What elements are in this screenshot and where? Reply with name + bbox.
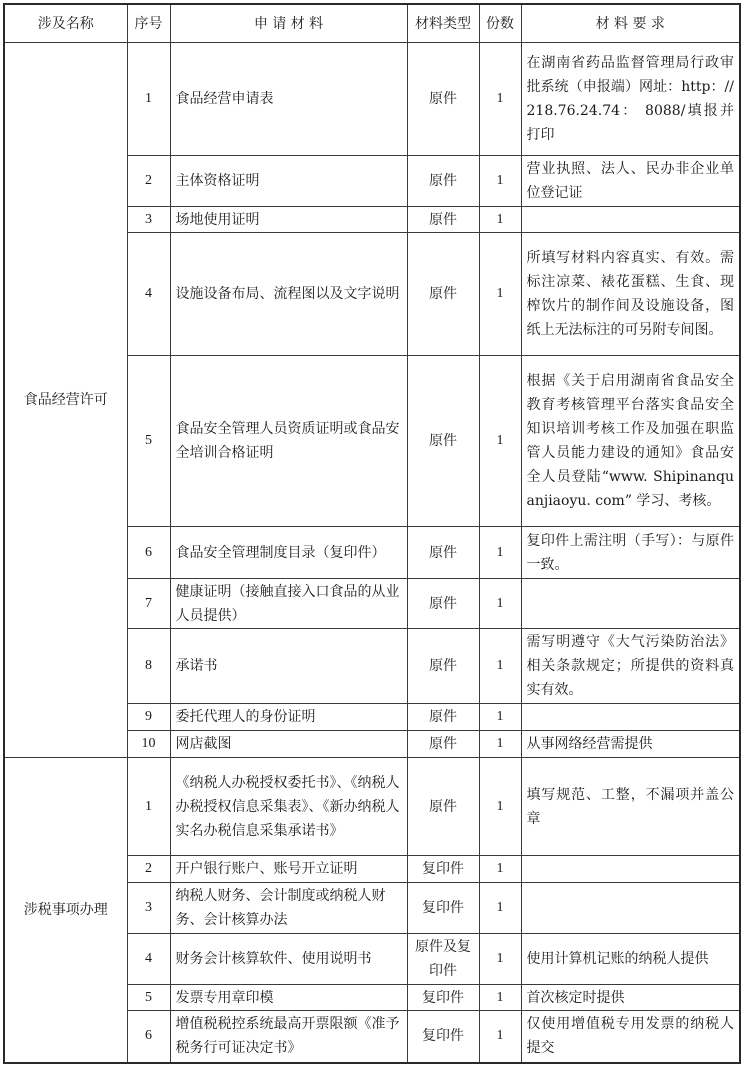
seq-cell: 1 [127, 43, 170, 156]
copies-cell: 1 [479, 704, 521, 731]
type-cell: 原件 [407, 356, 479, 527]
copies-cell: 1 [479, 579, 521, 629]
material-cell: 设施设备布局、流程图以及文字说明 [170, 233, 407, 356]
seq-cell: 1 [127, 758, 170, 856]
seq-cell: 8 [127, 629, 170, 704]
header-category: 涉及名称 [4, 4, 127, 43]
copies-cell: 1 [479, 527, 521, 579]
type-cell: 复印件 [407, 985, 479, 1011]
seq-cell: 2 [127, 856, 170, 883]
requirement-cell [521, 207, 740, 233]
type-cell: 复印件 [407, 856, 479, 883]
header-requirement: 材 料 要 求 [521, 4, 740, 43]
seq-cell: 7 [127, 579, 170, 629]
material-cell: 增值税税控系统最高开票限额《准予税务行可证决定书》 [170, 1011, 407, 1063]
material-cell: 主体资格证明 [170, 156, 407, 207]
header-type: 材料类型 [407, 4, 479, 43]
table-row: 食品经营许可1食品经营申请表原件1在湖南省药品监督管理局行政审批系统（申报端）网… [4, 43, 740, 156]
requirement-cell: 仅使用增值税专用发票的纳税人提交 [521, 1011, 740, 1063]
type-cell: 复印件 [407, 1011, 479, 1063]
copies-cell: 1 [479, 356, 521, 527]
requirement-cell: 使用计算机记账的纳税人提供 [521, 934, 740, 985]
section-name: 涉税事项办理 [4, 758, 127, 1063]
copies-cell: 1 [479, 1011, 521, 1063]
copies-cell: 1 [479, 985, 521, 1011]
requirement-cell: 复印件上需注明（手写）：与原件一致。 [521, 527, 740, 579]
requirement-cell [521, 856, 740, 883]
copies-cell: 1 [479, 883, 521, 934]
seq-cell: 10 [127, 731, 170, 758]
copies-cell: 1 [479, 731, 521, 758]
material-cell: 纳税人财务、会计制度或纳税人财务、会计核算办法 [170, 883, 407, 934]
material-cell: 委托代理人的身份证明 [170, 704, 407, 731]
type-cell: 原件 [407, 207, 479, 233]
type-cell: 原件 [407, 233, 479, 356]
copies-cell: 1 [479, 43, 521, 156]
type-cell: 原件 [407, 629, 479, 704]
type-cell: 原件及复印件 [407, 934, 479, 985]
seq-cell: 4 [127, 233, 170, 356]
type-cell: 原件 [407, 579, 479, 629]
seq-cell: 5 [127, 356, 170, 527]
material-cell: 财务会计核算软件、使用说明书 [170, 934, 407, 985]
header-row: 涉及名称 序号 申 请 材 料 材料类型 份数 材 料 要 求 [4, 4, 740, 43]
material-cell: 健康证明（接触直接入口食品的从业人员提供） [170, 579, 407, 629]
requirement-cell [521, 579, 740, 629]
requirement-cell [521, 704, 740, 731]
requirement-cell: 首次核定时提供 [521, 985, 740, 1011]
materials-table: 涉及名称 序号 申 请 材 料 材料类型 份数 材 料 要 求 食品经营许可1食… [3, 3, 741, 1064]
seq-cell: 3 [127, 883, 170, 934]
material-cell: 场地使用证明 [170, 207, 407, 233]
copies-cell: 1 [479, 629, 521, 704]
copies-cell: 1 [479, 758, 521, 856]
type-cell: 原件 [407, 704, 479, 731]
copies-cell: 1 [479, 207, 521, 233]
requirement-cell: 在湖南省药品监督管理局行政审批系统（申报端）网址：http：//218.76.2… [521, 43, 740, 156]
type-cell: 原件 [407, 156, 479, 207]
seq-cell: 6 [127, 1011, 170, 1063]
requirement-cell [521, 883, 740, 934]
table-row: 涉税事项办理1《纳税人办税授权委托书》、《纳税人办税授权信息采集表》、《新办纳税… [4, 758, 740, 856]
seq-cell: 9 [127, 704, 170, 731]
header-material: 申 请 材 料 [170, 4, 407, 43]
copies-cell: 1 [479, 856, 521, 883]
type-cell: 原件 [407, 527, 479, 579]
header-seq: 序号 [127, 4, 170, 43]
seq-cell: 5 [127, 985, 170, 1011]
copies-cell: 1 [479, 156, 521, 207]
requirement-cell: 营业执照、法人、民办非企业单位登记证 [521, 156, 740, 207]
seq-cell: 4 [127, 934, 170, 985]
copies-cell: 1 [479, 233, 521, 356]
copies-cell: 1 [479, 934, 521, 985]
seq-cell: 2 [127, 156, 170, 207]
seq-cell: 3 [127, 207, 170, 233]
seq-cell: 6 [127, 527, 170, 579]
material-cell: 承诺书 [170, 629, 407, 704]
material-cell: 食品经营申请表 [170, 43, 407, 156]
material-cell: 开户银行账户、账号开立证明 [170, 856, 407, 883]
requirement-cell: 所填写材料内容真实、有效。需标注凉菜、裱花蛋糕、生食、现榨饮片的制作间及设施设备… [521, 233, 740, 356]
section-name: 食品经营许可 [4, 43, 127, 758]
header-copies: 份数 [479, 4, 521, 43]
material-cell: 发票专用章印模 [170, 985, 407, 1011]
requirement-cell: 从事网络经营需提供 [521, 731, 740, 758]
type-cell: 复印件 [407, 883, 479, 934]
requirement-cell: 需写明遵守《大气污染防治法》相关条款规定；所提供的资料真实有效。 [521, 629, 740, 704]
material-cell: 食品安全管理制度目录（复印件） [170, 527, 407, 579]
requirement-cell: 填写规范、工整，不漏项并盖公章 [521, 758, 740, 856]
requirement-cell: 根据《关于启用湖南省食品安全教育考核管理平台落实食品安全知识培训考核工作及加强在… [521, 356, 740, 527]
type-cell: 原件 [407, 43, 479, 156]
material-cell: 《纳税人办税授权委托书》、《纳税人办税授权信息采集表》、《新办纳税人实名办税信息… [170, 758, 407, 856]
type-cell: 原件 [407, 731, 479, 758]
material-cell: 网店截图 [170, 731, 407, 758]
material-cell: 食品安全管理人员资质证明或食品安全培训合格证明 [170, 356, 407, 527]
type-cell: 原件 [407, 758, 479, 856]
